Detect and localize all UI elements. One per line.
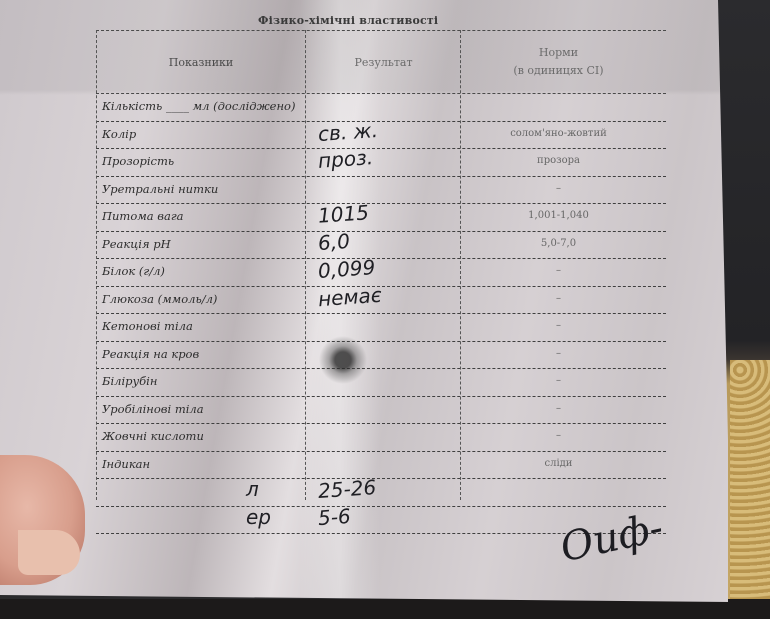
- table-row: Реакція рН6,05,0-7,0: [96, 232, 666, 260]
- row-label: Реакція на кров: [102, 347, 199, 361]
- table-row: Уретральні нитки–: [96, 177, 666, 205]
- row-label: Прозорість: [102, 154, 174, 168]
- norm-value: –: [461, 430, 656, 441]
- thumbnail: [18, 530, 80, 575]
- handwritten-result: 6,0: [317, 228, 350, 254]
- handwritten-result: проз.: [317, 145, 374, 173]
- section-title: Фізико-хімічні властивості: [258, 14, 438, 27]
- norm-value: сліди: [461, 458, 656, 469]
- row-label: Питома вага: [102, 209, 184, 223]
- row-label: Жовчні кислоти: [102, 429, 204, 443]
- table-row: Колірсв. ж.солом'яно-жовтий: [96, 122, 666, 150]
- norm-value: –: [461, 320, 656, 331]
- column-header-norm: Норми (в одиницях СІ): [461, 31, 656, 93]
- norm-value: солом'яно-жовтий: [461, 128, 656, 139]
- table-row: Питома вага10151,001-1,040: [96, 204, 666, 232]
- norm-value: 5,0-7,0: [461, 238, 656, 249]
- row-label: Білірубін: [102, 374, 157, 388]
- norm-value: 1,001-1,040: [461, 210, 656, 221]
- column-divider: [460, 30, 461, 500]
- table-left-border: [96, 30, 97, 500]
- row-label: Глюкоза (ммоль/л): [102, 292, 217, 306]
- norm-value: –: [461, 375, 656, 386]
- row-label: Уробілінові тіла: [102, 402, 204, 416]
- row-label: Кількість ____ мл (досліджено): [102, 99, 295, 113]
- norm-value: –: [461, 403, 656, 414]
- table-row: Реакція на кров–: [96, 342, 666, 370]
- row-label: Уретральні нитки: [102, 182, 218, 196]
- table-row: Уробілінові тіла–: [96, 397, 666, 425]
- norm-value: –: [461, 183, 656, 194]
- norm-value: –: [461, 293, 656, 304]
- row-label: Білок (г/л): [102, 264, 165, 278]
- norm-value: –: [461, 265, 656, 276]
- table-row: л25-26: [96, 479, 666, 507]
- norm-header-line1: Норми: [539, 44, 578, 62]
- table-row: Жовчні кислоти–: [96, 424, 666, 452]
- table-body: Кількість ____ мл (досліджено)Колірсв. ж…: [96, 94, 666, 534]
- row-label: Колір: [102, 127, 136, 141]
- table-header: Показники Результат Норми (в одиницях СІ…: [96, 31, 666, 94]
- row-label: Кетонові тіла: [102, 319, 193, 333]
- column-header-indicator: Показники: [96, 31, 306, 93]
- norm-value: прозора: [461, 155, 656, 166]
- table-row: Білірубін–: [96, 369, 666, 397]
- handwritten-result: 0,099: [317, 255, 376, 283]
- handwritten-row-label: л: [246, 477, 259, 501]
- column-header-result: Результат: [306, 31, 461, 93]
- norm-header-line2: (в одиницях СІ): [513, 62, 603, 80]
- norm-value: –: [461, 348, 656, 359]
- handwritten-result: св. ж.: [317, 117, 378, 145]
- handwritten-result: 5-6: [317, 503, 351, 529]
- handwritten-result: 1015: [317, 200, 369, 227]
- table-row: Глюкоза (ммоль/л)немає–: [96, 287, 666, 315]
- column-divider: [305, 30, 306, 500]
- table-row: Прозорістьпроз.прозора: [96, 149, 666, 177]
- row-label: Реакція рН: [102, 237, 171, 251]
- ink-smudge: [318, 335, 368, 385]
- handwritten-row-label: ер: [246, 505, 271, 529]
- table-row: Кетонові тіла–: [96, 314, 666, 342]
- background-bottom-edge: [0, 599, 770, 619]
- results-table: Показники Результат Норми (в одиницях СІ…: [96, 30, 666, 534]
- handwritten-result: немає: [317, 282, 382, 310]
- table-row: Кількість ____ мл (досліджено): [96, 94, 666, 122]
- handwritten-result: 25-26: [317, 475, 377, 503]
- table-row: Індикансліди: [96, 452, 666, 480]
- row-label: Індикан: [102, 457, 150, 471]
- lab-report-paper: Фізико-хімічні властивості Показники Рез…: [0, 0, 728, 602]
- background-carpet: [730, 360, 770, 619]
